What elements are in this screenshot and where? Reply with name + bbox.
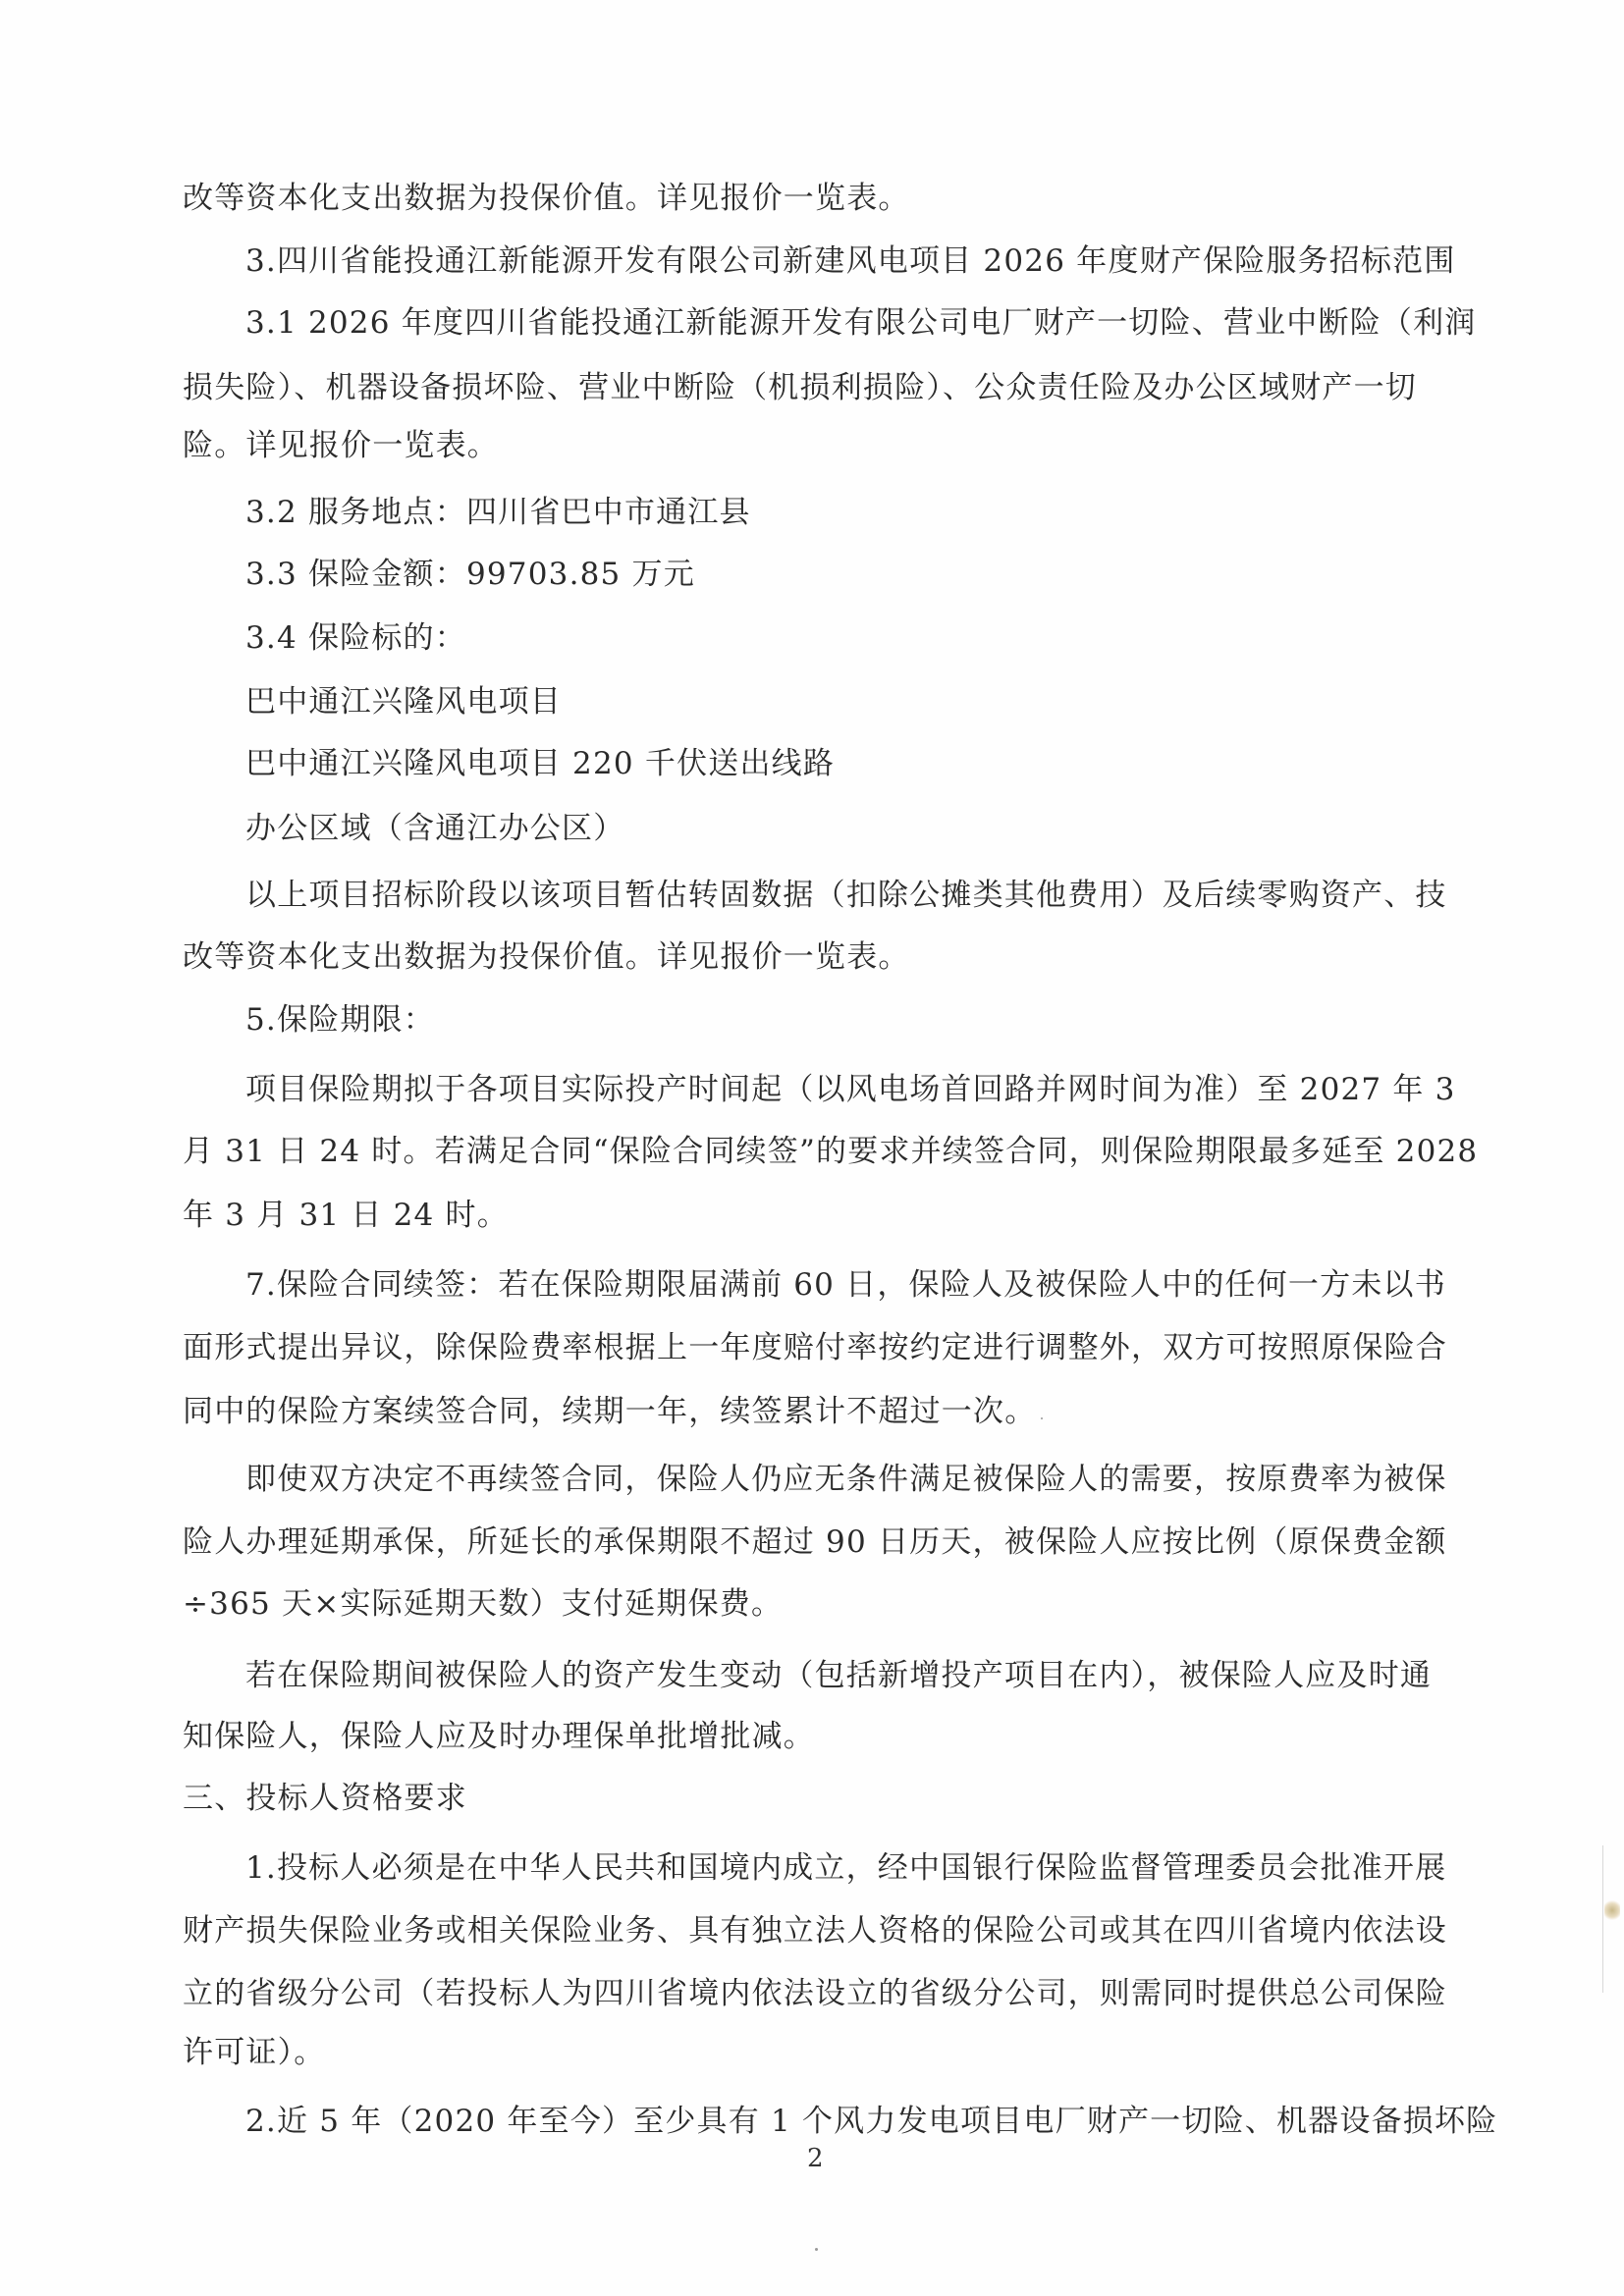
document-page: 改等资本化支出数据为投保价值。详见报价一览表。3.四川省能投通江新能源开发有限公… [0,0,1624,2296]
text-line: 7.保险合同续签：若在保险期限届满前 60 日，保险人及被保险人中的任何一方未以… [245,1265,1446,1305]
text-line: 年 3 月 31 日 24 时。 [183,1196,509,1235]
text-line: 面形式提出异议，除保险费率根据上一年度赔付率按约定进行调整外，双方可按照原保险合 [183,1328,1447,1367]
text-line: 3.1 2026 年度四川省能投通江新能源开发有限公司电厂财产一切险、营业中断险… [245,303,1477,343]
text-line: 5.保险期限： [245,1000,435,1040]
text-line: 3.四川省能投通江新能源开发有限公司新建风电项目 2026 年度财产保险服务招标… [245,241,1456,281]
text-line: 巴中通江兴隆风电项目 220 千伏送出线路 [245,744,835,783]
text-line: 险人办理延期承保，所延长的承保期限不超过 90 日历天，被保险人应按比例（原保费… [183,1522,1447,1562]
text-line: 巴中通江兴隆风电项目 [245,682,562,721]
page-number: 2 [807,2144,824,2173]
text-line: 许可证）。 [183,2033,326,2072]
text-line: ÷365 天×实际延期天数）支付延期保费。 [183,1584,783,1624]
text-line: 改等资本化支出数据为投保价值。详见报价一览表。 [183,179,910,218]
text-line: 3.3 保险金额：99703.85 万元 [245,555,695,594]
text-line: 财产损失保险业务或相关保险业务、具有独立法人资格的保险公司或其在四川省境内依法设 [183,1911,1447,1950]
text-line: 月 31 日 24 时。若满足合同“保险合同续签”的要求并续签合同，则保险期限最… [183,1132,1478,1171]
text-line: 立的省级分公司（若投标人为四川省境内依法设立的省级分公司，则需同时提供总公司保险 [183,1974,1447,2013]
scan-edge-line [1602,1845,1603,1993]
text-line: 改等资本化支出数据为投保价值。详见报价一览表。 [183,937,910,977]
text-line: 办公区域（含通江办公区） [245,809,624,848]
text-line: 知保险人，保险人应及时办理保单批增批减。 [183,1717,815,1756]
text-line: 2.近 5 年（2020 年至今）至少具有 1 个风力发电项目电厂财产一切险、机… [245,2102,1497,2141]
text-line: 同中的保险方案续签合同，续期一年，续签累计不超过一次。 [183,1392,1036,1431]
scan-artifact [1604,1899,1620,1921]
text-line: 若在保险期间被保险人的资产发生变动（包括新增投产项目在内），被保险人应及时通 [245,1656,1432,1695]
scan-speck [1041,1417,1043,1419]
text-line: 损失险）、机器设备损坏险、营业中断险（机损利损险）、公众责任险及办公区域财产一切 [183,368,1417,407]
text-line: 项目保险期拟于各项目实际投产时间起（以风电场首回路并网时间为准）至 2027 年… [245,1070,1456,1109]
scan-speck [815,2248,818,2251]
text-line: 3.2 服务地点：四川省巴中市通江县 [245,493,751,532]
text-line: 3.4 保险标的： [245,618,466,658]
text-line: 即使双方决定不再续签合同，保险人仍应无条件满足被保险人的需要，按原费率为被保 [245,1460,1447,1499]
text-line: 险。详见报价一览表。 [183,426,499,465]
text-line: 以上项目招标阶段以该项目暂估转固数据（扣除公摊类其他费用）及后续零购资产、技 [245,876,1447,915]
text-line: 1.投标人必须是在中华人民共和国境内成立，经中国银行保险监督管理委员会批准开展 [245,1848,1446,1888]
text-line: 三、投标人资格要求 [183,1779,467,1818]
